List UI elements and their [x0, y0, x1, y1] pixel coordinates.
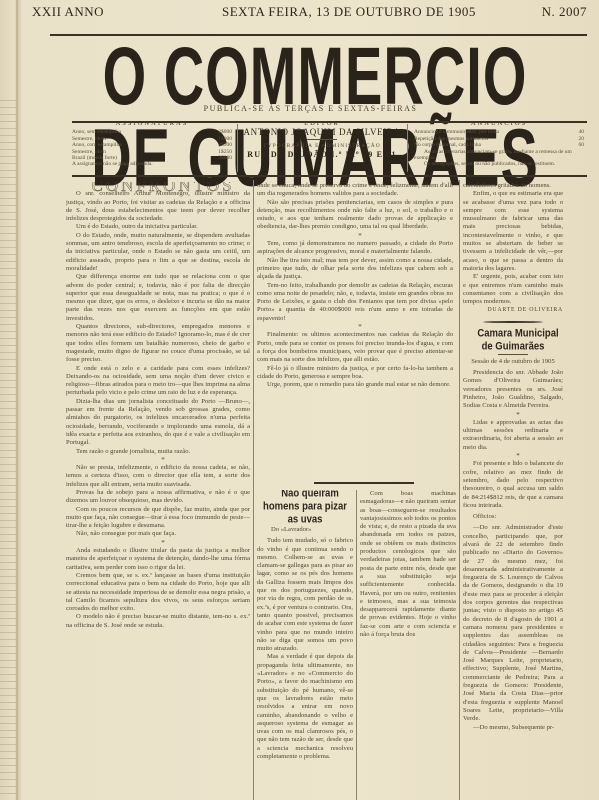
section-star: * [66, 539, 250, 547]
paragraph: Officios: [463, 513, 563, 521]
subscriptions-title: ASSIGNATURAS [72, 121, 232, 127]
column-uvas-continued: Com boas machinas esmagadoras—e não quei… [360, 490, 456, 800]
advertising-title: ANNUNCIOS [414, 121, 584, 127]
paragraph: E' urgente, pois, acabar com isto e que … [463, 273, 563, 306]
paragraph: O do Estado, onde, muito naturalmente, s… [66, 232, 250, 273]
paragraph: Urge, porem, que o remedio para tão gran… [257, 381, 453, 389]
paragraph: Quantos directores, sub-directores, empr… [66, 323, 250, 364]
paragraph: Provas ha de sobejo para a nossa affirma… [66, 489, 250, 506]
paragraph: onde se educa, onde se preserva do crime… [257, 182, 453, 199]
paragraph: Fê-lo já o illustre ministro da justiça,… [257, 365, 453, 382]
paragraph: Mas a verdade é que depois da propaganda… [257, 653, 353, 761]
paragraph: Dizia-lha dias um jornalista conceituado… [66, 398, 250, 448]
paragraph: —Do snr. Administrador d'este concelho, … [463, 524, 563, 723]
paragraph: Não são precisas prisões penitenciarias,… [257, 199, 453, 232]
subscriptions-box: ASSIGNATURAS Anno, sem estampilha2$000 S… [72, 121, 232, 173]
paragraph: Tem razão o grande jornalista, muita raz… [66, 448, 250, 456]
editor-name: ANTONIO JOAQUIM DA SILVEIRA [242, 129, 402, 135]
paragraph: Com os poucos recursos de que dispõe, fa… [66, 506, 250, 531]
article-divider [314, 482, 414, 484]
section-star: * [257, 232, 453, 240]
advertising-box: ANNUNCIOS Annuncios e communicados, por … [414, 121, 584, 173]
paragraph: Finalmente: os ultimos acontecimentos na… [257, 331, 453, 364]
paragraph: Anda estudando o illustre titular da pas… [66, 547, 250, 572]
column-separator [459, 180, 460, 800]
article-source: Do «Lavrador» [257, 526, 353, 534]
paragraph: Não lhe tira isto mal; mas tem por dever… [257, 257, 453, 282]
issue-number: N. 2007 [542, 4, 587, 20]
paragraph: O snr. conselheiro Arthur Montenegro, il… [66, 190, 250, 223]
paragraph: E onde está o zelo e a caridade para com… [66, 365, 250, 398]
column-separator [253, 180, 254, 800]
paragraph: Lidas e approvadas as actas das ultimas … [463, 419, 563, 452]
section-star: * [463, 452, 563, 460]
paragraph: O modelo não é preciso buscar-se muito d… [66, 613, 250, 630]
signature: DUARTE DE OLIVEIRA [463, 306, 563, 314]
short-rule [498, 354, 528, 355]
paragraph: Tudo tem mudado, só o fabrico do vinho é… [257, 537, 353, 653]
publication-schedule: PUBLICA-SE ÁS TERÇAS E SEXTAS-FEIRAS [22, 104, 599, 113]
section-star: * [257, 323, 453, 331]
column-uvas-article: Não queiram homens para pizar as uvas Do… [257, 490, 353, 800]
binding-gutter [16, 0, 18, 800]
adjacent-page-edge [0, 100, 16, 800]
paragraph: Enfim, o que eu estimaria era que se aca… [463, 190, 563, 273]
dateline: XXII ANNO SEXTA FEIRA, 13 DE OUTUBRO DE … [32, 4, 587, 22]
column-separator [356, 490, 357, 800]
column-confrontos-continued: onde se educa, onde se preserva do crime… [257, 182, 453, 466]
session-date: Sessão de 4 de outubro de 1905 [463, 358, 563, 366]
info-separator [237, 124, 238, 172]
paragraph: Não, não consegue por mais que faça. [66, 530, 250, 538]
column-confrontos: CONFRONTOS O snr. conselheiro Arthur Mon… [66, 182, 250, 800]
column-camara-municipal: calculadores gritados do homens. Enfim, … [463, 182, 563, 800]
paragraph: Presidencia do snr. Abbade João Gomes d'… [463, 369, 563, 410]
date-label: SEXTA FEIRA, 13 DE OUTUBRO DE 1905 [222, 4, 476, 20]
paragraph: Foi presente e lido o balancete do cofre… [463, 460, 563, 510]
paragraph: Cremos bem que, se s. ex.ª lançasse as b… [66, 572, 250, 613]
ornament-divider [483, 321, 543, 323]
volume-label: XXII ANNO [32, 4, 104, 20]
paragraph: Um é do Estado, outro da iniciativa part… [66, 223, 250, 231]
section-star: * [66, 456, 250, 464]
section-title: Camara Municipal de Guimarães [463, 327, 563, 353]
section-star: * [463, 411, 563, 419]
article-heading: CONFRONTOS [66, 182, 250, 190]
newspaper-page: XXII ANNO SEXTA FEIRA, 13 DE OUTUBRO DE … [22, 0, 599, 800]
editor-box: EDITOR ANTONIO JOAQUIM DA SILVEIRA TYPOG… [242, 121, 402, 173]
typography-label: TYPOGRAPHIA E ADMINISTRAÇÃO [242, 143, 402, 149]
paragraph: Com boas machinas esmagadoras—e não quei… [360, 490, 456, 639]
paragraph: calculadores gritados do homens. [463, 182, 563, 190]
article-title: Não queiram homens para pizar as uvas [257, 490, 353, 526]
office-address: RUA DE D. JOÃO I.º N.º 59 E 61 [242, 152, 402, 158]
subscription-note: A assignatura não se paga adiantada. [72, 161, 232, 167]
paragraph: Não se presta, infelizmente, o edificio … [66, 464, 250, 489]
info-bottom-rule [72, 175, 587, 177]
info-separator [407, 124, 408, 172]
ad-note: Os autographos, sejam ou não publicados,… [414, 161, 584, 167]
paragraph: —Do mesmo, Subsequente pr- [463, 724, 563, 732]
paragraph: Tem, como já demonstramos no numero pass… [257, 240, 453, 257]
paragraph: Que differença enorme em tudo que se rel… [66, 273, 250, 323]
ad-note: As obras litterarias annunciam-se gratis… [414, 149, 584, 162]
paragraph: Tem-no feito, trabalhando por demolir as… [257, 282, 453, 323]
